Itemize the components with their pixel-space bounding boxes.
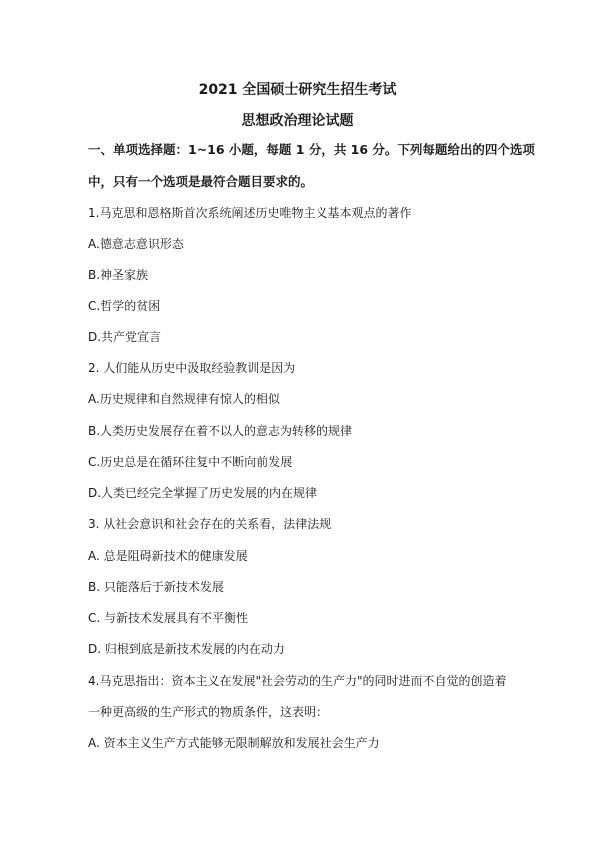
question-4-option-a: A. 资本主义生产方式能够无限制解放和发展社会生产力 (88, 735, 380, 751)
document-title: 2021 全国硕士研究生招生考试 (0, 79, 595, 99)
question-1-option-d: D.共产党宣言 (88, 329, 161, 345)
question-3-option-c: C. 与新技术发展具有不平衡性 (88, 610, 248, 626)
question-1-option-a: A.德意志意识形态 (88, 236, 184, 252)
question-2-option-d: D.人类已经完全掌握了历史发展的内在规律 (88, 485, 317, 501)
question-1-option-c: C.哲学的贫困 (88, 298, 160, 314)
document-subtitle: 思想政治理论试题 (0, 110, 595, 130)
question-4-stem-line1: 4.马克思指出：资本主义在发展"社会劳动的生产力"的同时进而不自觉的创造着 (88, 673, 507, 689)
question-1-stem: 1.马克思和恩格斯首次系统阐述历史唯物主义基本观点的著作 (88, 205, 411, 221)
question-2-option-a: A.历史规律和自然规律有惊人的相似 (88, 391, 280, 407)
section-heading-line1: 一、单项选择题：1~16 小题，每题 1 分，共 16 分。下列每题给出的四个选… (88, 142, 535, 158)
section-heading-line2: 中，只有一个选项是最符合题目要求的。 (88, 174, 313, 190)
question-3-option-d: D. 归根到底是新技术发展的内在动力 (88, 641, 285, 657)
question-3-stem: 3. 从社会意识和社会存在的关系看，法律法规 (88, 516, 331, 532)
question-3-option-a: A. 总是阻碍新技术的健康发展 (88, 548, 248, 564)
question-2-option-b: B.人类历史发展存在着不以人的意志为转移的规律 (88, 423, 352, 439)
question-4-stem-line2: 一种更高级的生产形式的物质条件，这表明： (88, 704, 328, 720)
question-3-option-b: B. 只能落后于新技术发展 (88, 579, 224, 595)
question-1-option-b: B.神圣家族 (88, 267, 148, 283)
question-2-stem: 2. 人们能从历史中汲取经验教训是因为 (88, 360, 295, 376)
question-2-option-c: C.历史总是在循环往复中不断向前发展 (88, 454, 292, 470)
